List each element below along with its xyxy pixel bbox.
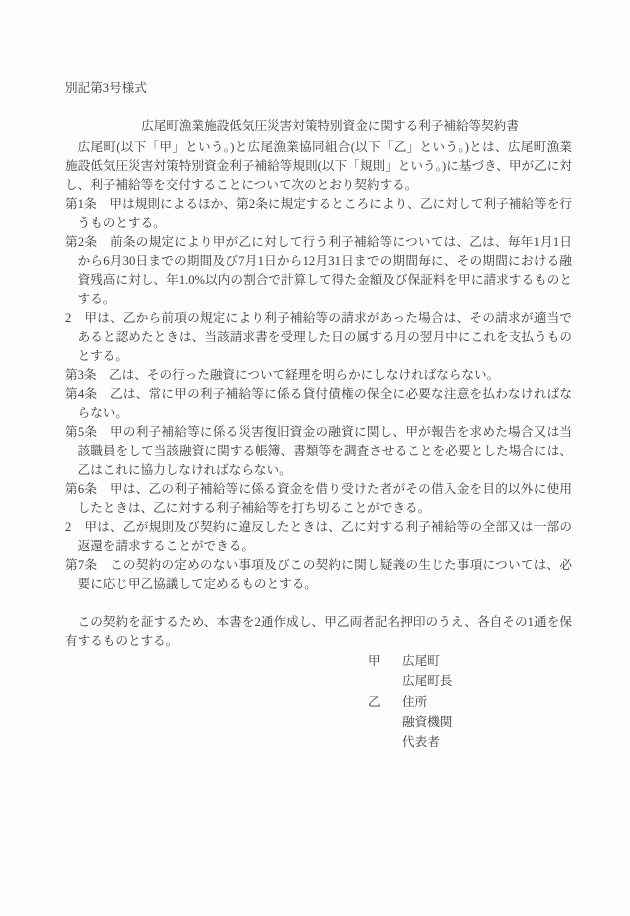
article-paragraph: 第3条 乙は、その行った融資について経理を明らかにしなければならない。 (65, 366, 572, 385)
article-paragraph: 第2条 前条の規定により甲が乙に対して行う利子補給等については、乙は、毎年1月1… (65, 233, 572, 309)
article-paragraph: 第6条 甲は、乙の利子補給等に係る資金を借り受けた者がその借入金を目的以外に使用… (65, 480, 572, 518)
article-paragraph: 第1条 甲は規則によるほか、第2条に規定するところにより、乙に対して利子補給等を… (65, 195, 572, 233)
signature-block: 甲広尾町広尾町長乙住所融資機関代表者 (368, 651, 572, 752)
signature-row: 甲広尾町 (368, 651, 572, 671)
closing-paragraph: この契約を証するため、本書を2通作成し、甲乙両者記名押印のうえ、各自その1通を保… (65, 613, 572, 651)
party-value: 広尾町長 (402, 671, 452, 691)
article-paragraph: 第4条 乙は、常に甲の利子補給等に係る貸付債権の保全に必要な注意を払わなければな… (65, 385, 572, 423)
document-page: 別記第3号様式 広尾町漁業施設低気圧災害対策特別資金に関する利子補給等契約書 広… (0, 0, 630, 916)
party-label (368, 732, 402, 752)
document-title: 広尾町漁業施設低気圧災害対策特別資金に関する利子補給等契約書 (65, 117, 572, 136)
party-value: 融資機関 (402, 712, 452, 732)
signature-row: 代表者 (368, 732, 572, 752)
party-label (368, 671, 402, 691)
party-label (368, 712, 402, 732)
article-paragraph: 第5条 甲の利子補給等に係る災害復旧資金の融資に関し、甲が報告を求めた場合又は当… (65, 423, 572, 480)
signature-row: 乙住所 (368, 692, 572, 712)
party-value: 住所 (402, 692, 427, 712)
intro-paragraph: 広尾町(以下「甲」という。)と広尾漁業協同組合(以下「乙」という。)とは、広尾町… (65, 138, 572, 195)
party-label: 乙 (368, 692, 402, 712)
sub-paragraph: 2 甲は、乙が規則及び契約に違反したときは、乙に対する利子補給等の全部又は一部の… (65, 518, 572, 556)
form-number-label: 別記第3号様式 (65, 79, 572, 98)
signature-row: 広尾町長 (368, 671, 572, 691)
party-value: 代表者 (402, 732, 440, 752)
contract-body: 広尾町(以下「甲」という。)と広尾漁業協同組合(以下「乙」という。)とは、広尾町… (65, 138, 572, 651)
party-label: 甲 (368, 651, 402, 671)
signature-row: 融資機関 (368, 712, 572, 732)
article-paragraph: 第7条 この契約の定めのない事項及びこの契約に関し疑義の生じた事項については、必… (65, 556, 572, 594)
party-value: 広尾町 (402, 651, 440, 671)
sub-paragraph: 2 甲は、乙から前項の規定により利子補給等の請求があった場合は、その請求が適当で… (65, 309, 572, 366)
